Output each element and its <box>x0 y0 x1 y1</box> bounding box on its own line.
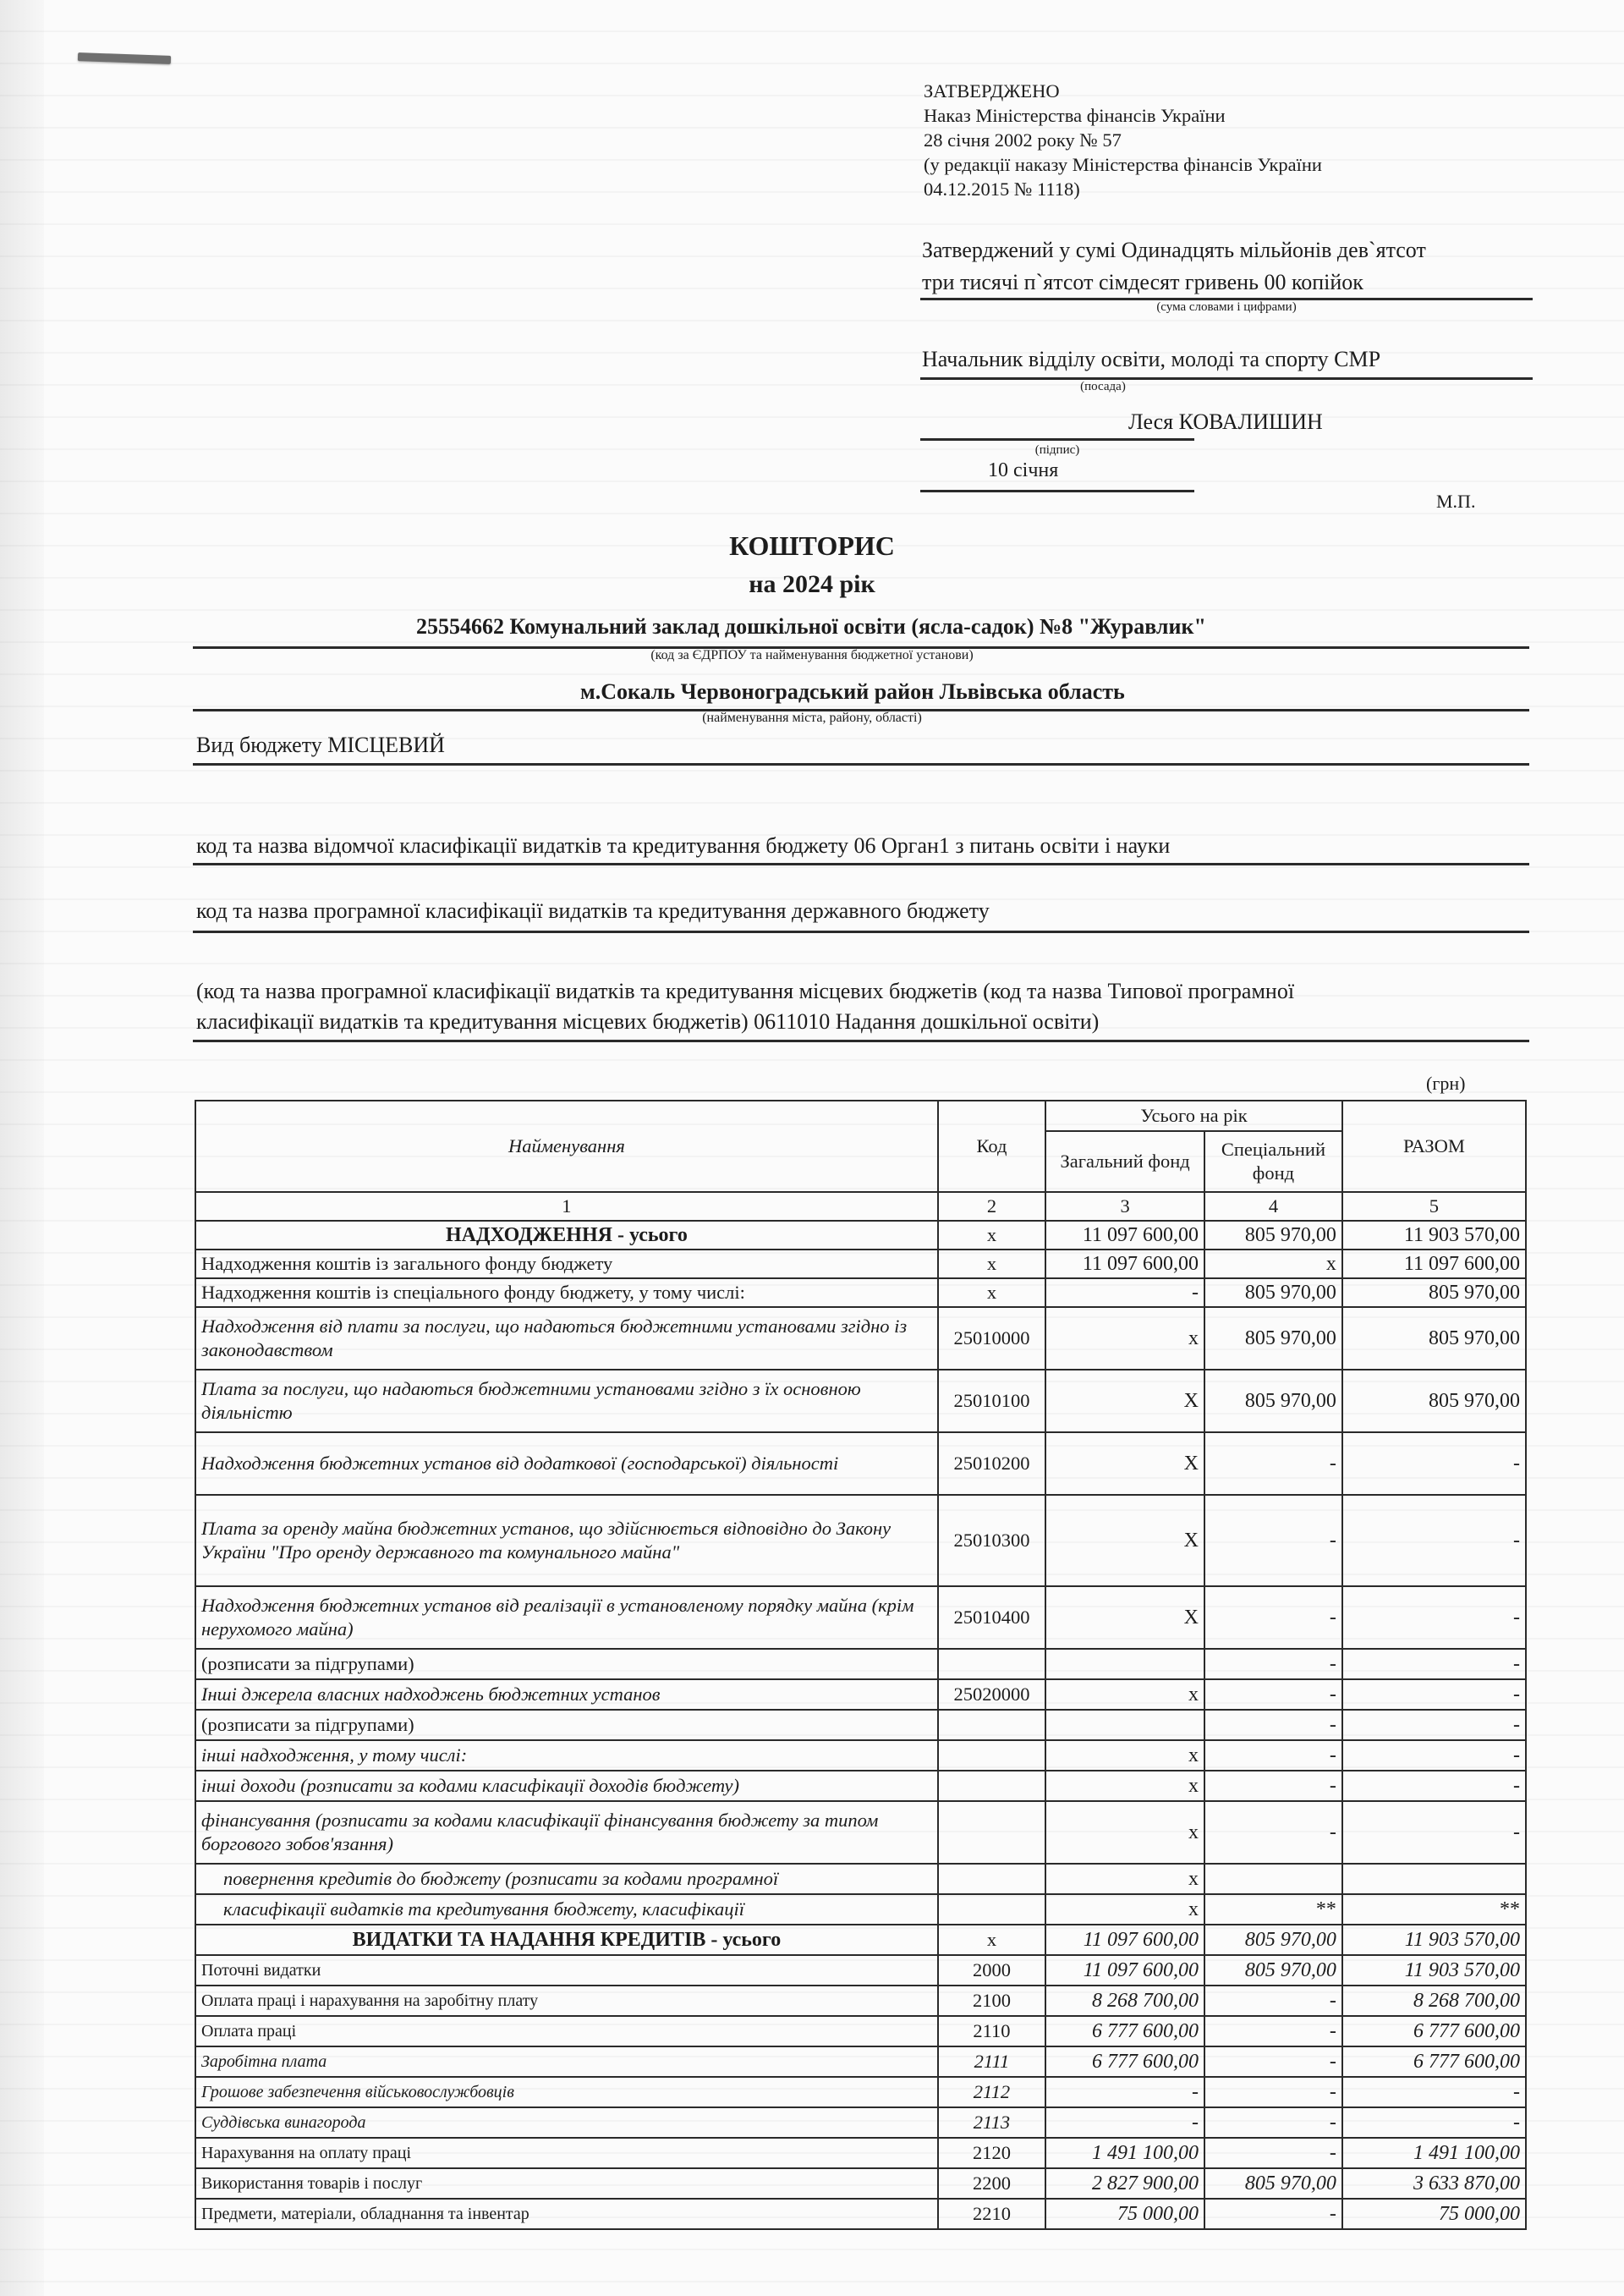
row-name: Використання товарів і послуг <box>195 2168 938 2199</box>
row-code <box>938 1864 1045 1894</box>
local-program-classification-1: (код та назва програмної класифікації ви… <box>196 979 1294 1004</box>
row-general-fund: 8 268 700,00 <box>1045 1986 1204 2016</box>
row-general-fund: х <box>1045 1740 1204 1771</box>
table-row: Надходження коштів із спеціального фонду… <box>195 1278 1526 1307</box>
city-caption: (найменування міста, району, області) <box>0 711 1624 726</box>
row-total <box>1342 1864 1526 1894</box>
signature-caption: (підпис) <box>920 443 1194 458</box>
table-row: Надходження коштів із загального фонду б… <box>195 1250 1526 1278</box>
local-program-underline <box>193 1040 1529 1042</box>
row-general-fund: - <box>1045 1278 1204 1307</box>
budget-type: Вид бюджету МІСЦЕВИЙ <box>196 733 445 758</box>
row-code <box>938 1740 1045 1771</box>
col-num-4: 4 <box>1204 1192 1342 1221</box>
row-name: Інші джерела власних надходжень бюджетни… <box>195 1679 938 1710</box>
row-general-fund: Х <box>1045 1586 1204 1649</box>
row-special-fund: - <box>1204 1432 1342 1495</box>
approval-revision-date: 04.12.2015 № 1118) <box>924 177 1322 201</box>
row-name: інші надходження, у тому числі: <box>195 1740 938 1771</box>
departmental-underline <box>193 863 1529 865</box>
row-total: - <box>1342 1679 1526 1710</box>
row-general-fund: 6 777 600,00 <box>1045 2016 1204 2046</box>
state-program-underline <box>193 931 1529 933</box>
row-code: х <box>938 1221 1045 1250</box>
table-row: Заробітна плата21116 777 600,00-6 777 60… <box>195 2046 1526 2077</box>
row-code: 2210 <box>938 2199 1045 2229</box>
row-special-fund: - <box>1204 1710 1342 1740</box>
row-code <box>938 1801 1045 1864</box>
row-special-fund: - <box>1204 2199 1342 2229</box>
row-code <box>938 1710 1045 1740</box>
row-general-fund: 6 777 600,00 <box>1045 2046 1204 2077</box>
row-name: Поточні видатки <box>195 1955 938 1986</box>
row-special-fund: - <box>1204 1495 1342 1586</box>
row-code: х <box>938 1278 1045 1307</box>
row-special-fund: - <box>1204 1771 1342 1801</box>
row-name: Суддівська винагорода <box>195 2107 938 2138</box>
row-special-fund: - <box>1204 1586 1342 1649</box>
row-general-fund <box>1045 1649 1204 1679</box>
table-row: Нарахування на оплату праці21201 491 100… <box>195 2138 1526 2168</box>
approved-sum: Затверджений у сумі Одинадцять мільйонів… <box>922 234 1533 299</box>
table-row: Плата за оренду майна бюджетних установ,… <box>195 1495 1526 1586</box>
row-special-fund: 805 970,00 <box>1204 1370 1342 1432</box>
row-name: Надходження коштів із загального фонду б… <box>195 1250 938 1278</box>
row-general-fund: 11 097 600,00 <box>1045 1250 1204 1278</box>
row-code: 25010100 <box>938 1370 1045 1432</box>
header-general-fund: Загальний фонд <box>1045 1131 1204 1192</box>
city-name: м.Сокаль Червоноградський район Львівськ… <box>580 679 1125 705</box>
column-number-row: 1 2 3 4 5 <box>195 1192 1526 1221</box>
departmental-classification: код та назва відомчої класифікації видат… <box>196 833 1170 859</box>
row-code: 2111 <box>938 2046 1045 2077</box>
row-name: Нарахування на оплату праці <box>195 2138 938 2168</box>
table-row: Оплата праці і нарахування на заробітну … <box>195 1986 1526 2016</box>
scan-edge-shadow <box>0 0 44 2296</box>
row-total: 6 777 600,00 <box>1342 2046 1526 2077</box>
row-code: 2200 <box>938 2168 1045 2199</box>
date-underline <box>920 490 1194 492</box>
header-annual-total: Усього на рік <box>1045 1101 1342 1131</box>
approved-sum-line-2: три тисячі п`ятсот сімдесят гривень 00 к… <box>922 266 1533 299</box>
header-special-fund: Спеціальний фонд <box>1204 1131 1342 1192</box>
budget-table-body: НАДХОДЖЕННЯ - усьогох11 097 600,00805 97… <box>195 1221 1526 2229</box>
staple-mark <box>78 52 171 64</box>
row-special-fund: - <box>1204 1679 1342 1710</box>
row-general-fund: 11 097 600,00 <box>1045 1221 1204 1250</box>
approval-order-date: 28 січня 2002 року № 57 <box>924 128 1322 152</box>
approved-sum-line-1: Затверджений у сумі Одинадцять мільйонів… <box>922 234 1533 266</box>
row-total: - <box>1342 2107 1526 2138</box>
header-code: Код <box>938 1101 1045 1192</box>
row-code: 25010300 <box>938 1495 1045 1586</box>
table-row: Інші джерела власних надходжень бюджетни… <box>195 1679 1526 1710</box>
row-special-fund: 805 970,00 <box>1204 1955 1342 1986</box>
row-general-fund: 2 827 900,00 <box>1045 2168 1204 2199</box>
row-special-fund <box>1204 1864 1342 1894</box>
header-name: Найменування <box>195 1101 938 1192</box>
approval-order: Наказ Міністерства фінансів України <box>924 103 1322 128</box>
approval-revision: (у редакції наказу Міністерства фінансів… <box>924 152 1322 177</box>
row-special-fund: 805 970,00 <box>1204 1221 1342 1250</box>
row-total: - <box>1342 2077 1526 2107</box>
table-row: Надходження від плати за послуги, що над… <box>195 1307 1526 1370</box>
table-row: інші надходження, у тому числі:х-- <box>195 1740 1526 1771</box>
row-total: 11 097 600,00 <box>1342 1250 1526 1278</box>
row-name: ВИДАТКИ ТА НАДАННЯ КРЕДИТІВ - усього <box>195 1925 938 1955</box>
row-general-fund: Х <box>1045 1495 1204 1586</box>
row-code: 25010400 <box>938 1586 1045 1649</box>
row-name: Оплата праці <box>195 2016 938 2046</box>
row-total: - <box>1342 1771 1526 1801</box>
row-total: - <box>1342 1495 1526 1586</box>
row-general-fund: 11 097 600,00 <box>1045 1955 1204 1986</box>
row-code: 2110 <box>938 2016 1045 2046</box>
row-general-fund: х <box>1045 1894 1204 1925</box>
row-total: - <box>1342 1801 1526 1864</box>
sum-caption: (сума словами і цифрами) <box>920 300 1533 315</box>
local-program-classification-2: класифікації видатків та кредитування мі… <box>196 1009 1099 1035</box>
table-row: Використання товарів і послуг22002 827 9… <box>195 2168 1526 2199</box>
row-general-fund: 75 000,00 <box>1045 2199 1204 2229</box>
table-row: Грошове забезпечення військовослужбовців… <box>195 2077 1526 2107</box>
institution-caption: (код за ЄДРПОУ та найменування бюджетної… <box>0 648 1624 663</box>
table-row: Поточні видатки200011 097 600,00805 970,… <box>195 1955 1526 1986</box>
row-total: - <box>1342 1740 1526 1771</box>
row-general-fund: х <box>1045 1679 1204 1710</box>
approver-position: Начальник відділу освіти, молоді та спор… <box>922 347 1380 372</box>
row-total: 11 903 570,00 <box>1342 1221 1526 1250</box>
table-row: повернення кредитів до бюджету (розписат… <box>195 1864 1526 1894</box>
approval-stamp-text: ЗАТВЕРДЖЕНО Наказ Міністерства фінансів … <box>924 79 1322 201</box>
row-total: - <box>1342 1649 1526 1679</box>
row-special-fund: - <box>1204 1740 1342 1771</box>
row-code: 25010200 <box>938 1432 1045 1495</box>
row-special-fund: 805 970,00 <box>1204 2168 1342 2199</box>
row-total: 6 777 600,00 <box>1342 2016 1526 2046</box>
row-code: 2112 <box>938 2077 1045 2107</box>
row-name: класифікації видатків та кредитування бю… <box>195 1894 938 1925</box>
row-total: 805 970,00 <box>1342 1278 1526 1307</box>
institution-name: 25554662 Комунальний заклад дошкільної о… <box>416 614 1206 640</box>
row-total: 11 903 570,00 <box>1342 1925 1526 1955</box>
col-num-1: 1 <box>195 1192 938 1221</box>
row-special-fund: - <box>1204 1649 1342 1679</box>
row-total: 1 491 100,00 <box>1342 2138 1526 2168</box>
table-row: НАДХОДЖЕННЯ - усьогох11 097 600,00805 97… <box>195 1221 1526 1250</box>
row-special-fund: - <box>1204 1801 1342 1864</box>
col-num-2: 2 <box>938 1192 1045 1221</box>
budget-type-underline <box>193 763 1529 766</box>
row-name: Надходження від плати за послуги, що над… <box>195 1307 938 1370</box>
currency-unit: (грн) <box>1426 1073 1465 1095</box>
row-special-fund: 805 970,00 <box>1204 1278 1342 1307</box>
table-row: ВИДАТКИ ТА НАДАННЯ КРЕДИТІВ - усьогох11 … <box>195 1925 1526 1955</box>
row-total: 11 903 570,00 <box>1342 1955 1526 1986</box>
table-row: Суддівська винагорода2113--- <box>195 2107 1526 2138</box>
signature-line <box>920 438 1194 441</box>
row-general-fund: Х <box>1045 1432 1204 1495</box>
row-code: 2000 <box>938 1955 1045 1986</box>
row-total: - <box>1342 1586 1526 1649</box>
table-row: Предмети, матеріали, обладнання та інвен… <box>195 2199 1526 2229</box>
row-special-fund: - <box>1204 2016 1342 2046</box>
row-name: Грошове забезпечення військовослужбовців <box>195 2077 938 2107</box>
row-name: Предмети, матеріали, обладнання та інвен… <box>195 2199 938 2229</box>
row-code: 25010000 <box>938 1307 1045 1370</box>
row-name: Оплата праці і нарахування на заробітну … <box>195 1986 938 2016</box>
row-general-fund: х <box>1045 1864 1204 1894</box>
row-name: Надходження бюджетних установ від додатк… <box>195 1432 938 1495</box>
table-row: фінансування (розписати за кодами класиф… <box>195 1801 1526 1864</box>
row-name: НАДХОДЖЕННЯ - усього <box>195 1221 938 1250</box>
document-year: на 2024 рік <box>0 570 1624 599</box>
budget-table: Найменування Код Усього на рік РАЗОМ Заг… <box>195 1100 1527 2230</box>
row-code: 2113 <box>938 2107 1045 2138</box>
row-name: Надходження коштів із спеціального фонду… <box>195 1278 938 1307</box>
row-special-fund: 805 970,00 <box>1204 1925 1342 1955</box>
table-row: Плата за послуги, що надаються бюджетним… <box>195 1370 1526 1432</box>
row-general-fund: Х <box>1045 1370 1204 1432</box>
approver-name: Леся КОВАЛИШИН <box>1128 409 1323 435</box>
table-row: Оплата праці21106 777 600,00-6 777 600,0… <box>195 2016 1526 2046</box>
row-name: Надходження бюджетних установ від реаліз… <box>195 1586 938 1649</box>
row-special-fund: ** <box>1204 1894 1342 1925</box>
row-code: 25020000 <box>938 1679 1045 1710</box>
row-general-fund: х <box>1045 1307 1204 1370</box>
row-name: Заробітна плата <box>195 2046 938 2077</box>
row-total: 8 268 700,00 <box>1342 1986 1526 2016</box>
row-special-fund: - <box>1204 2077 1342 2107</box>
row-code: 2100 <box>938 1986 1045 2016</box>
row-total: - <box>1342 1710 1526 1740</box>
row-special-fund: - <box>1204 2046 1342 2077</box>
row-general-fund: х <box>1045 1801 1204 1864</box>
table-row: (розписати за підгрупами)-- <box>195 1710 1526 1740</box>
row-code: 2120 <box>938 2138 1045 2168</box>
row-general-fund: 11 097 600,00 <box>1045 1925 1204 1955</box>
row-special-fund: - <box>1204 2138 1342 2168</box>
row-name: інші доходи (розписати за кодами класифі… <box>195 1771 938 1801</box>
table-row: (розписати за підгрупами)-- <box>195 1649 1526 1679</box>
row-special-fund: - <box>1204 2107 1342 2138</box>
row-name: (розписати за підгрупами) <box>195 1710 938 1740</box>
row-name: (розписати за підгрупами) <box>195 1649 938 1679</box>
row-code: х <box>938 1925 1045 1955</box>
row-total: 805 970,00 <box>1342 1307 1526 1370</box>
row-general-fund: 1 491 100,00 <box>1045 2138 1204 2168</box>
seal-mark: М.П. <box>1436 491 1475 513</box>
row-total: 75 000,00 <box>1342 2199 1526 2229</box>
row-special-fund: х <box>1204 1250 1342 1278</box>
row-name: Плата за послуги, що надаються бюджетним… <box>195 1370 938 1432</box>
row-general-fund: - <box>1045 2107 1204 2138</box>
position-caption: (посада) <box>920 380 1286 394</box>
row-total: 3 633 870,00 <box>1342 2168 1526 2199</box>
row-name: фінансування (розписати за кодами класиф… <box>195 1801 938 1864</box>
row-code <box>938 1771 1045 1801</box>
table-row: інші доходи (розписати за кодами класифі… <box>195 1771 1526 1801</box>
table-row: Надходження бюджетних установ від реаліз… <box>195 1586 1526 1649</box>
row-code <box>938 1894 1045 1925</box>
row-total: - <box>1342 1432 1526 1495</box>
row-special-fund: 805 970,00 <box>1204 1307 1342 1370</box>
row-general-fund: - <box>1045 2077 1204 2107</box>
row-special-fund: - <box>1204 1986 1342 2016</box>
row-name: повернення кредитів до бюджету (розписат… <box>195 1864 938 1894</box>
approval-heading: ЗАТВЕРДЖЕНО <box>924 79 1322 103</box>
row-name: Плата за оренду майна бюджетних установ,… <box>195 1495 938 1586</box>
row-code <box>938 1649 1045 1679</box>
row-code: х <box>938 1250 1045 1278</box>
row-total: 805 970,00 <box>1342 1370 1526 1432</box>
state-program-classification: код та назва програмної класифікації вид… <box>196 898 990 924</box>
document-title: КОШТОРИС <box>0 530 1624 562</box>
table-row: Надходження бюджетних установ від додатк… <box>195 1432 1526 1495</box>
row-general-fund: х <box>1045 1771 1204 1801</box>
table-row: класифікації видатків та кредитування бю… <box>195 1894 1526 1925</box>
row-total: ** <box>1342 1894 1526 1925</box>
header-total: РАЗОМ <box>1342 1101 1526 1192</box>
approval-date: 10 січня <box>988 459 1058 482</box>
col-num-3: 3 <box>1045 1192 1204 1221</box>
row-general-fund <box>1045 1710 1204 1740</box>
col-num-5: 5 <box>1342 1192 1526 1221</box>
